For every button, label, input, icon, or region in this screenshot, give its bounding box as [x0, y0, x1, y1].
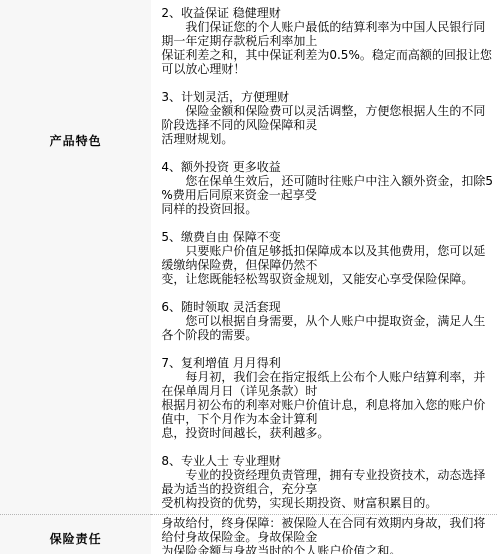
row-product-features: 产品特色 2、收益保证 稳健理财 我们保证您的个人账户最低的结算利率为中国人民银…	[0, 0, 497, 515]
feature-title: 8、专业人士 专业理财	[161, 454, 493, 468]
feature-text: 保险金额和保险费可以灵活调整，方便您根据人生的不同	[161, 104, 493, 118]
liability-text: 身故给付，终身保障：被保险人在合同有效期内身故，我们将	[161, 516, 493, 530]
feature-item-5: 5、缴费自由 保障不变 只要账户价值足够抵扣保障成本以及其他费用，您可以延 缓缴…	[161, 230, 493, 286]
feature-text: 您可以根据自身需要，从个人账户中提取资金，满足人生	[161, 314, 493, 328]
feature-item-7: 7、复利增值 月月得利 每月初，我们会在指定报纸上公布个人账户结算利率，并 在保…	[161, 356, 493, 440]
feature-text: 保证利差之和，其中保证利差为0.5%。稳定而高额的回报让您	[161, 48, 493, 62]
label-cell: 产品特色	[0, 0, 151, 515]
label-cell: 保险责任	[0, 515, 151, 554]
feature-text: 缓缴纳保险费，但保障仍然不	[161, 258, 493, 272]
feature-title: 6、随时领取 灵活套现	[161, 300, 493, 314]
feature-text: 根据月初公布的利率对账户价值计息，利息将加入您的账户价	[161, 398, 493, 412]
feature-text: 阶段选择不同的风险保障和灵	[161, 118, 493, 132]
liability-content: 身故给付，终身保障：被保险人在合同有效期内身故，我们将 给付身故保险金。身故保险…	[151, 515, 497, 554]
feature-text: 期一年定期存款税后利率加上	[161, 34, 493, 48]
feature-text: 值中，下个月作为本金计算利	[161, 412, 493, 426]
feature-text: 最为适当的投资组合，充分享	[161, 482, 493, 496]
feature-text: 在保单周月日（详见条款）时	[161, 384, 493, 398]
feature-text: 您在保单生效后，还可随时往账户中注入额外资金，扣除5	[161, 174, 493, 188]
feature-text: 息，投资时间越长，获利越多。	[161, 426, 493, 440]
product-spec-table: 产品特色 2、收益保证 稳健理财 我们保证您的个人账户最低的结算利率为中国人民银…	[0, 0, 497, 554]
feature-text: 专业的投资经理负责管理，拥有专业投资技术，动态选择	[161, 468, 493, 482]
liability-text: 为保险金额与身故当时的个人账户价值之和。	[161, 544, 493, 554]
liability-text: 给付身故保险金。身故保险金	[161, 530, 493, 544]
feature-text: 我们保证您的个人账户最低的结算利率为中国人民银行同	[161, 20, 493, 34]
feature-title: 4、额外投资 更多收益	[161, 160, 493, 174]
feature-text: 同样的投资回报。	[161, 202, 493, 216]
feature-title: 5、缴费自由 保障不变	[161, 230, 493, 244]
feature-text: 变，让您既能轻松驾驭资金规划，又能安心享受保险保障。	[161, 272, 493, 286]
section-label-product-features: 产品特色	[0, 132, 151, 149]
feature-text: 受机构投资的优势，实现长期投资、财富积累目的。	[161, 496, 493, 510]
feature-text: 可以放心理财！	[161, 62, 493, 76]
feature-item-3: 3、计划灵活，方便理财 保险金额和保险费可以灵活调整，方便您根据人生的不同 阶段…	[161, 90, 493, 146]
feature-title: 2、收益保证 稳健理财	[161, 6, 493, 20]
feature-text: 每月初，我们会在指定报纸上公布个人账户结算利率，并	[161, 370, 493, 384]
feature-text: %费用后同原来资金一起享受	[161, 188, 493, 202]
feature-item-8: 8、专业人士 专业理财 专业的投资经理负责管理，拥有专业投资技术，动态选择 最为…	[161, 454, 493, 510]
feature-title: 3、计划灵活，方便理财	[161, 90, 493, 104]
feature-text: 只要账户价值足够抵扣保障成本以及其他费用，您可以延	[161, 244, 493, 258]
row-insurance-liability: 保险责任 身故给付，终身保障：被保险人在合同有效期内身故，我们将 给付身故保险金…	[0, 515, 497, 554]
feature-title: 7、复利增值 月月得利	[161, 356, 493, 370]
feature-text: 活理财规划。	[161, 132, 493, 146]
feature-item-2: 2、收益保证 稳健理财 我们保证您的个人账户最低的结算利率为中国人民银行同 期一…	[161, 6, 493, 76]
feature-item-4: 4、额外投资 更多收益 您在保单生效后，还可随时往账户中注入额外资金，扣除5 %…	[161, 160, 493, 216]
feature-item-6: 6、随时领取 灵活套现 您可以根据自身需要，从个人账户中提取资金，满足人生 各个…	[161, 300, 493, 342]
features-content: 2、收益保证 稳健理财 我们保证您的个人账户最低的结算利率为中国人民银行同 期一…	[151, 0, 497, 515]
feature-text: 各个阶段的需要。	[161, 328, 493, 342]
section-label-insurance-liability: 保险责任	[50, 532, 102, 546]
